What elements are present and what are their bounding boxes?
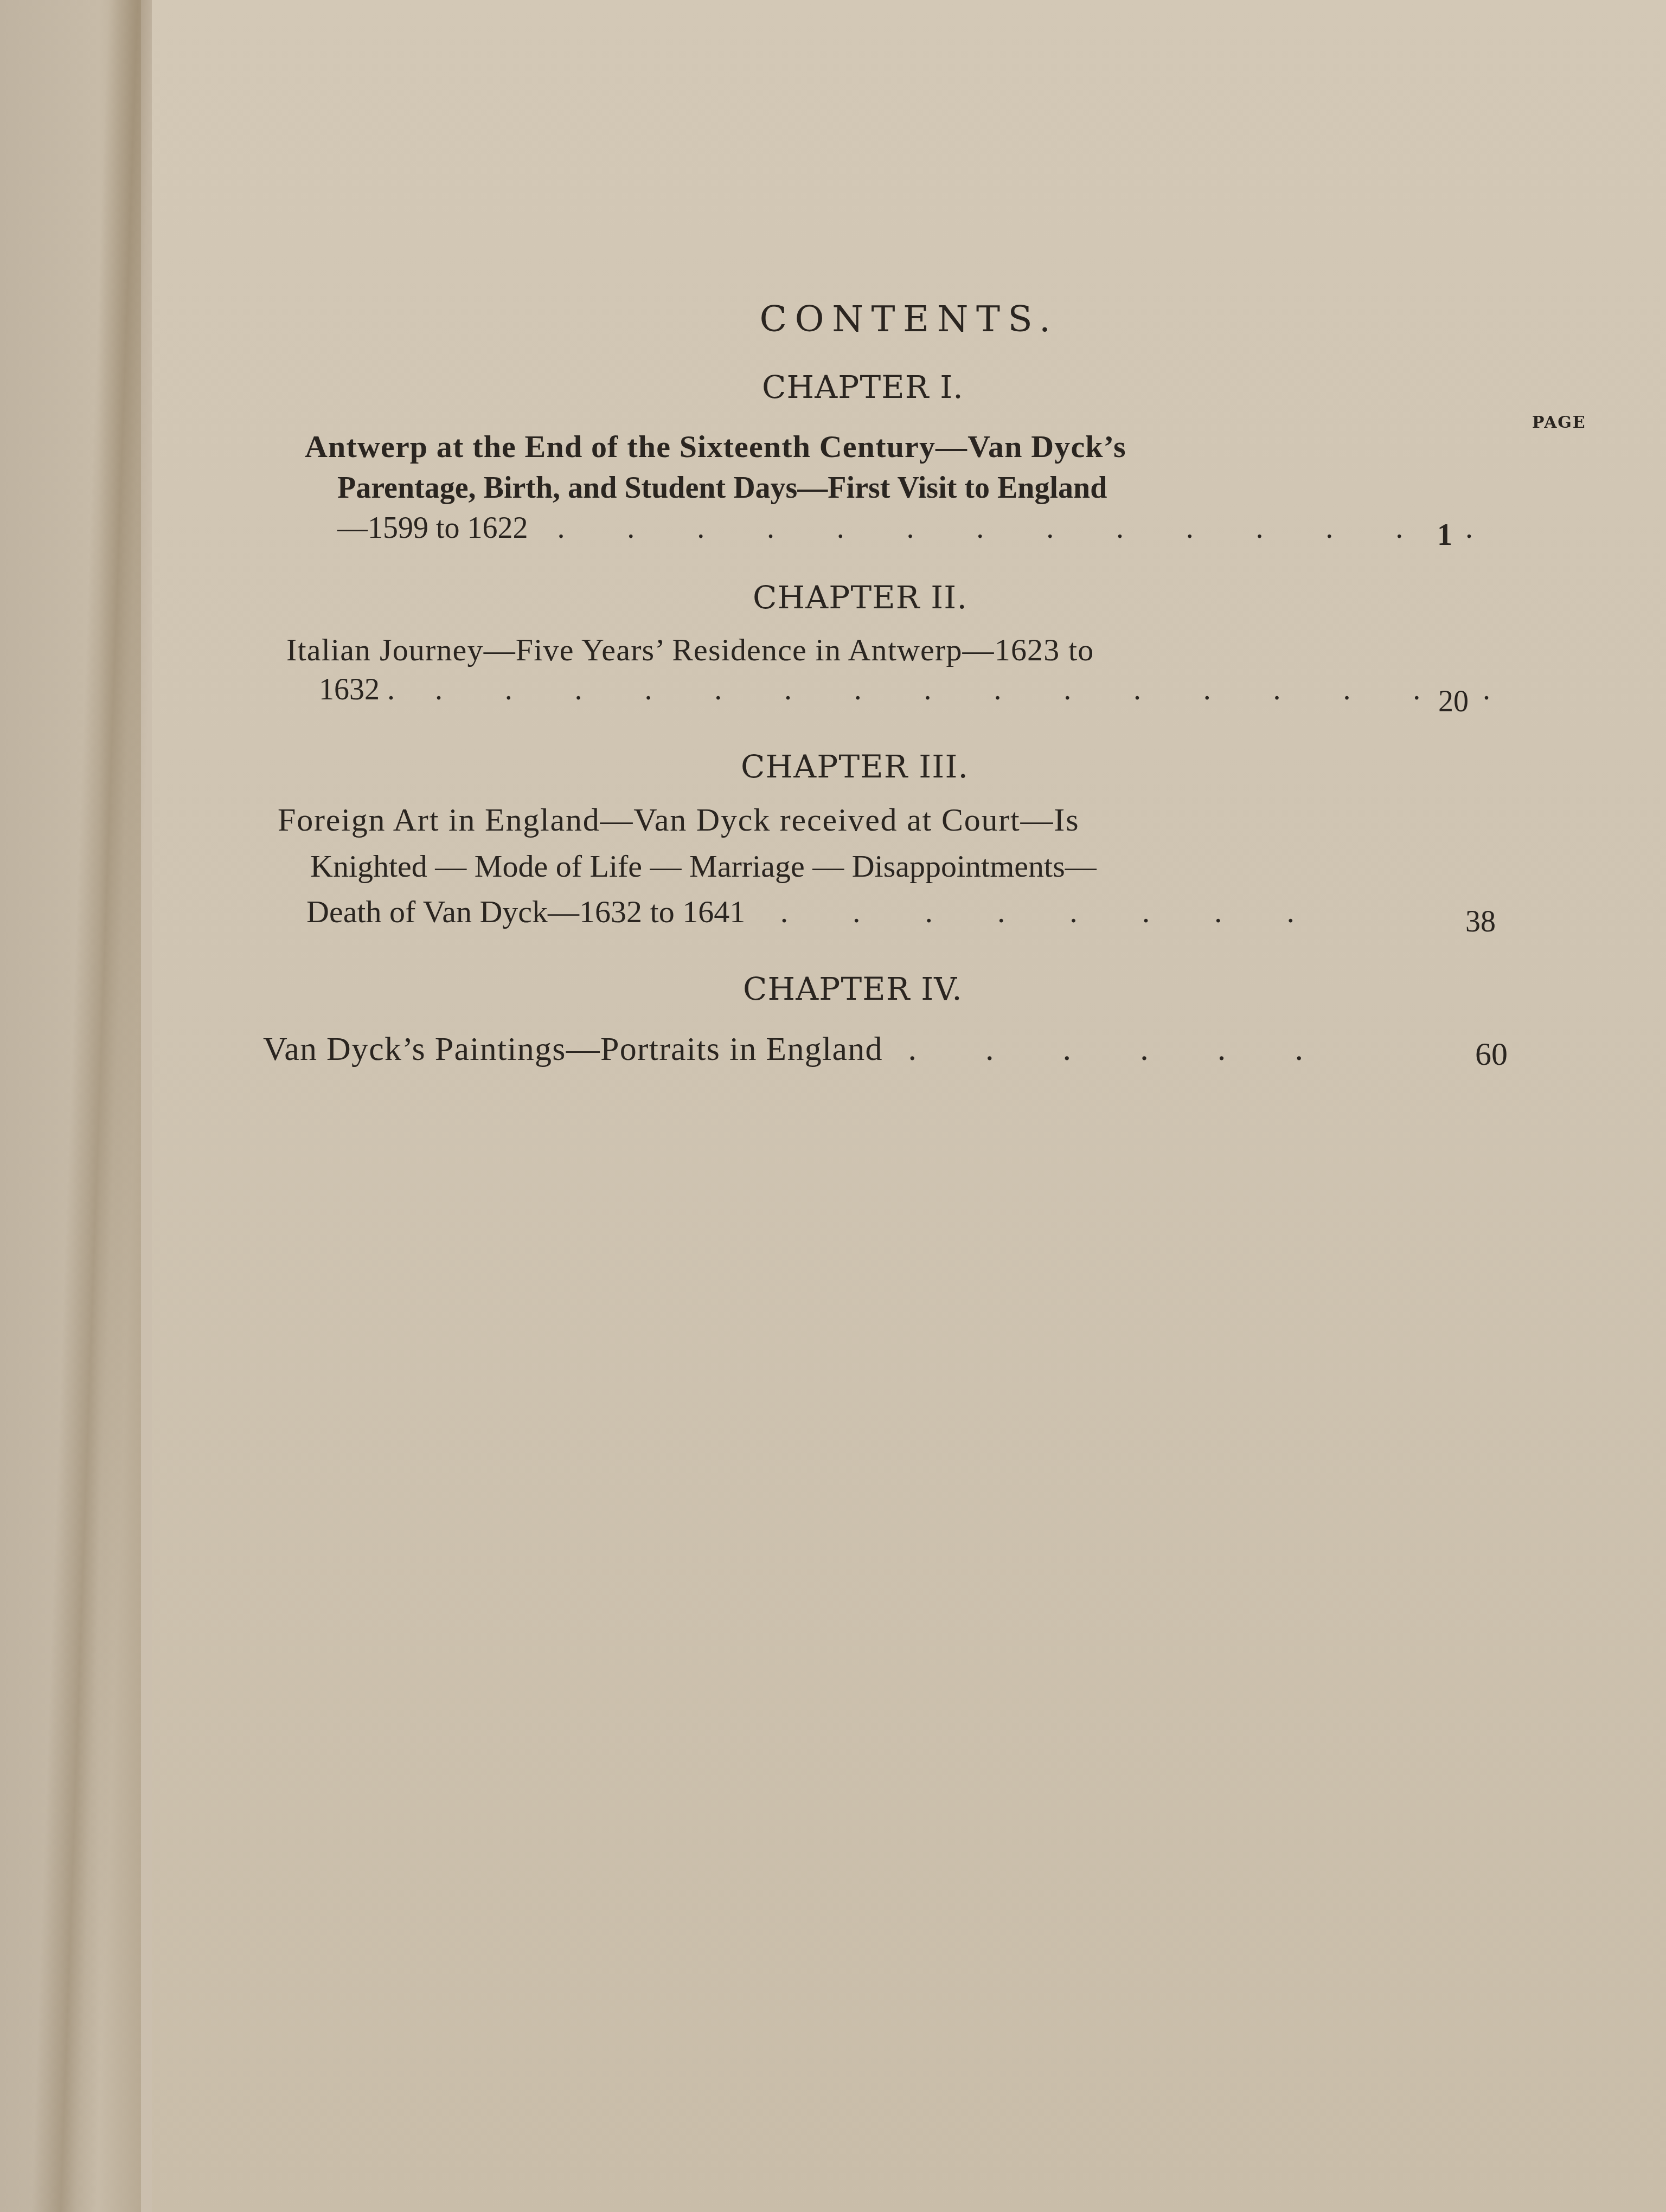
- entry-text: Van Dyck’s Paintings—Portraits in Englan…: [263, 1031, 883, 1068]
- entry-line: Parentage, Birth, and Student Days—First…: [337, 471, 1107, 505]
- entry-line-with-leader: 1632 . . . . . . . . . . . . . . . . .: [319, 672, 1517, 707]
- page-title: CONTENTS.: [152, 298, 1666, 340]
- entry-line: Italian Journey—Five Years’ Residence in…: [286, 632, 1094, 668]
- entry-line-with-leader: —1599 to 1622 . . . . . . . . . . . . . …: [337, 511, 1500, 545]
- entry-line: Knighted — Mode of Life — Marriage — Dis…: [310, 848, 1097, 884]
- page-number: 20: [1438, 684, 1469, 719]
- entry-line: Antwerp at the End of the Sixteenth Cent…: [305, 428, 1126, 465]
- dot-leader: . . . . . . . . . . . . . . . .: [435, 673, 1517, 706]
- dot-leader: . . . . . . . . . . . . . .: [558, 511, 1501, 545]
- chapter-heading: CHAPTER I.: [762, 369, 964, 406]
- entry-line: Foreign Art in England—Van Dyck received…: [278, 801, 1079, 839]
- entry-text: 1632 .: [319, 673, 395, 706]
- entry-line-with-leader: Death of Van Dyck—1632 to 1641 . . . . .…: [306, 893, 1323, 930]
- dot-leader: . . . . . .: [908, 1031, 1333, 1068]
- entry-text: Death of Van Dyck—1632 to 1641: [306, 894, 745, 929]
- entry-text: —1599 to 1622: [337, 511, 528, 545]
- chapter-heading: CHAPTER IV.: [743, 970, 963, 1007]
- chapter-heading: CHAPTER II.: [753, 579, 967, 616]
- chapter-heading: CHAPTER III.: [741, 748, 969, 785]
- dot-leader: . . . . . . . .: [780, 894, 1323, 929]
- page-column-label: PAGE: [1532, 413, 1586, 432]
- page-number: 1: [1437, 518, 1452, 552]
- contents-page: CONTENTS. PAGE CHAPTER I. Antwerp at the…: [152, 0, 1666, 2212]
- page-number: 38: [1465, 904, 1496, 939]
- entry-line-with-leader: Van Dyck’s Paintings—Portraits in Englan…: [263, 1030, 1334, 1069]
- page-number: 60: [1475, 1036, 1508, 1073]
